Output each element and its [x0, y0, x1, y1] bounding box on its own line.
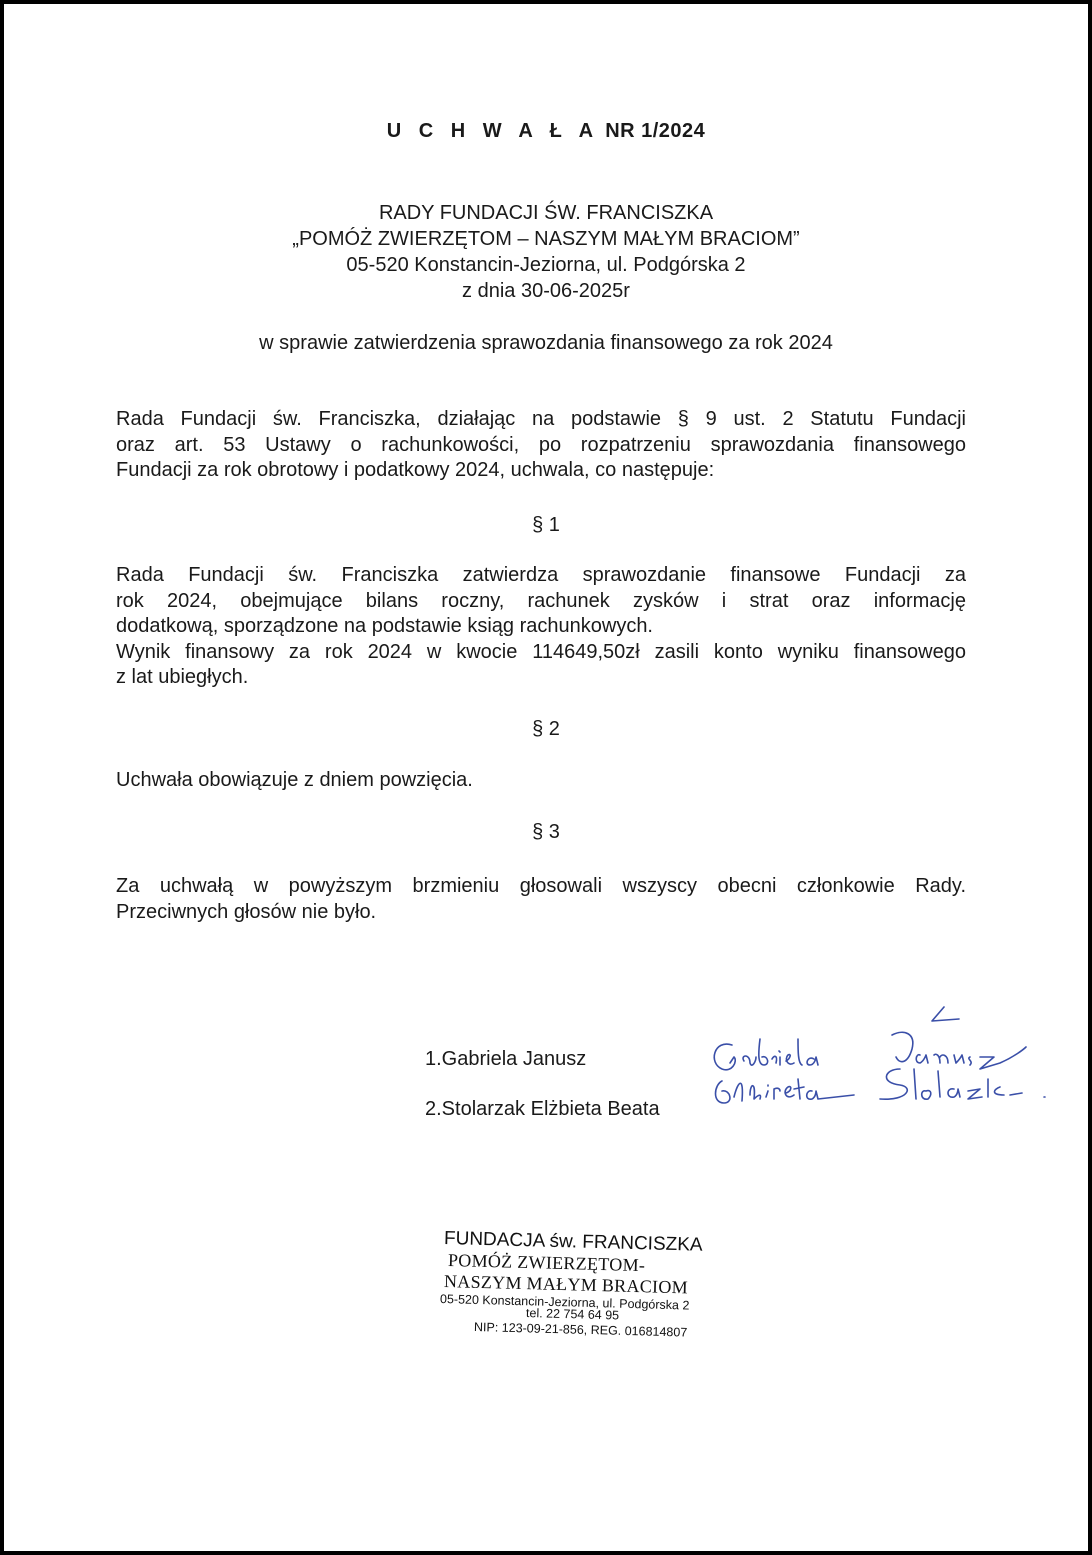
section-3-text: Za uchwałą w powyższym brzmieniu głosowa… [116, 874, 966, 925]
section-line: rok 2024, obejmujące bilans roczny, rach… [116, 589, 966, 615]
header-council: RADY FUNDACJI ŚW. FRANCISZKA [4, 200, 1088, 226]
section-2-text: Uchwała obowiązuje z dniem powzięcia. [116, 768, 966, 794]
section-line: z lat ubiegłych. [116, 665, 966, 691]
document-page: U C H W A Ł A NR 1/2024 RADY FUNDACJI ŚW… [4, 4, 1088, 1551]
header-foundation-name: „POMÓŻ ZWIERZĘTOM – NASZYM MAŁYM BRACIOM… [4, 226, 1088, 252]
handwritten-signatures [704, 999, 1064, 1119]
header-address: 05-520 Konstancin-Jeziorna, ul. Podgórsk… [4, 252, 1088, 278]
section-line: dodatkową, sporządzone na podstawie ksią… [116, 614, 966, 640]
intro-paragraph: Rada Fundacji św. Franciszka, działając … [116, 407, 966, 484]
resolution-title: U C H W A Ł A NR 1/2024 [4, 120, 1088, 143]
title-word: U C H W A Ł A [387, 120, 599, 142]
section-line: Wynik finansowy za rok 2024 w kwocie 114… [116, 640, 966, 666]
resolution-subject: w sprawie zatwierdzenia sprawozdania fin… [4, 330, 1088, 356]
title-number: NR 1/2024 [605, 120, 705, 142]
signer-1: 1.Gabriela Janusz [425, 1048, 586, 1071]
foundation-stamp: FUNDACJA św. FRANCISZKA POMÓŻ ZWIERZĘTOM… [444, 1228, 764, 1334]
intro-line: Fundacji za rok obrotowy i podatkowy 202… [116, 458, 966, 484]
section-line: Rada Fundacji św. Franciszka zatwierdza … [116, 563, 966, 589]
header-date: z dnia 30-06-2025r [4, 278, 1088, 304]
section-line: Uchwała obowiązuje z dniem powzięcia. [116, 768, 966, 794]
intro-line: Rada Fundacji św. Franciszka, działając … [116, 407, 966, 433]
signer-2: 2.Stolarzak Elżbieta Beata [425, 1098, 660, 1121]
section-line: Za uchwałą w powyższym brzmieniu głosowa… [116, 874, 966, 900]
section-3-mark: § 3 [4, 821, 1088, 844]
section-1-mark: § 1 [4, 514, 1088, 537]
intro-line: oraz art. 53 Ustawy o rachunkowości, po … [116, 433, 966, 459]
section-2-mark: § 2 [4, 718, 1088, 741]
section-line: Przeciwnych głosów nie było. [116, 900, 966, 926]
section-1-text: Rada Fundacji św. Franciszka zatwierdza … [116, 563, 966, 691]
